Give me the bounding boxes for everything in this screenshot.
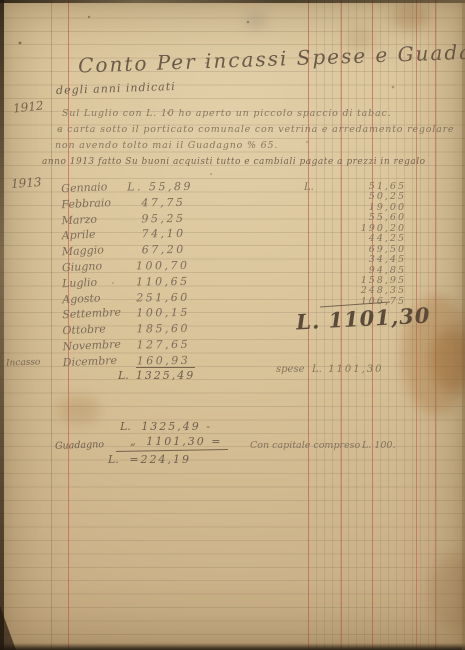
spesa-value: 19,00 [316,202,406,212]
margin-gray-line [51,0,52,650]
monthly-incassi-table: GennaioL. 55,89 Febbraio47,75 Marzo95,25… [61,179,303,371]
month-label: Novembre [62,337,129,353]
spese-total-value: 1101,30 [328,364,383,375]
month-label: Gennaio [61,179,128,195]
stain [430,328,465,392]
summary-result: =224,19 [129,453,191,466]
month-label: Dicembre [62,353,129,369]
subtraction-line [116,449,228,452]
spesa-value: 50,25 [316,191,406,201]
ditto-mark: „ [130,435,136,448]
page-title: Conto Per incassi Spese e Guadagni [78,38,465,77]
incassi-total-row: L. 1325,49 [118,369,195,382]
month-label: Ottobre [62,321,129,337]
monthly-spese-column: 51,65 50,25 19,00 55,60 190,20 44,25 69,… [316,181,406,306]
margin-label-incasso: Incasso [6,357,41,368]
incasso-value: 160,93 [137,354,191,367]
guadagno-label: Guadagno [55,439,104,452]
summary-minuend: 1325,49 - [141,420,212,433]
spesa-value: 34,45 [316,254,406,264]
month-label: Giugno [62,258,129,274]
incasso-value: 127,65 [137,338,191,351]
stain [58,396,100,424]
incasso-value: 100,15 [136,306,190,319]
page-corner-shadow [0,606,16,650]
note-1912-line-3: non avendo tolto mai il Guadagno % 65. [55,140,278,151]
page-edge-left [0,0,4,650]
incasso-value: 185,60 [136,322,190,335]
note-1912-line-2: e carta sotto il porticato comunale con … [57,124,454,135]
spesa-value: 69,50 [316,244,406,254]
stain [428,556,465,630]
spese-lira-mark: L. [304,182,314,193]
lira-mark: L. [295,308,320,334]
incasso-value: 67,20 [142,243,186,256]
margin-year-1913: 1913 [11,175,42,191]
month-label: Maggio [62,243,129,259]
summary-result-row: L. =224,19 [108,453,191,466]
summary-subtrahend-row: „ 1101,30 = [130,435,222,448]
incasso-value: 251,60 [136,291,190,304]
lira-mark: L. [118,369,129,382]
incasso-value: 110,65 [136,275,190,288]
month-label: Marzo [61,211,128,227]
summary-minuend-row: L. 1325,49 - [120,420,212,433]
month-label: Settembre [62,306,129,322]
incasso-value: L. 55,89 [127,180,193,194]
margin-year-1912: 1912 [12,98,44,115]
incasso-value: 47,75 [141,196,185,209]
month-label: Febbraio [61,195,128,211]
month-label: Aprile [61,227,128,243]
page-edge-top [0,0,465,3]
spesa-value: 55,60 [316,212,406,222]
incasso-value: 74,10 [142,227,186,240]
lira-mark: L. [312,364,322,375]
summary-subtrahend: 1101,30 = [146,435,222,448]
page-subtitle: degli anni indicati [56,80,176,97]
spesa-value: 158,95 [316,275,406,285]
spesa-value: 94,85 [316,265,406,275]
month-label: Agosto [62,290,129,306]
note-1912-line-1: Sul Luglio con L. 10 ho aperto un piccol… [62,108,391,119]
incassi-total-value: 1325,49 [136,367,196,382]
spesa-value: 248,35 [316,285,406,295]
lira-mark: L. [120,420,131,433]
lira-mark: L. [108,453,119,466]
spese-total-large-value: 1101,30 [328,303,431,333]
incasso-value: 95,25 [141,212,185,225]
spesa-value: 44,25 [316,233,406,243]
spesa-value: 51,65 [316,181,406,191]
capital-note: Con capitale compreso [250,440,360,451]
capital-note-value: L. 100. [362,440,396,451]
page-edge-bottom [0,643,465,650]
stain [246,12,266,28]
spese-total-row: L. 1101,30 [312,364,384,375]
stain [393,2,429,30]
ledger-page: Conto Per incassi Spese e Guadagni degli… [0,0,465,650]
note-1913: anno 1913 fatto Su buoni acquisti tutto … [42,157,426,167]
spese-label: spese [276,364,305,375]
spesa-value: 190,20 [316,223,406,233]
month-label: Luglio [62,274,129,290]
incasso-value: 100,70 [136,259,190,272]
